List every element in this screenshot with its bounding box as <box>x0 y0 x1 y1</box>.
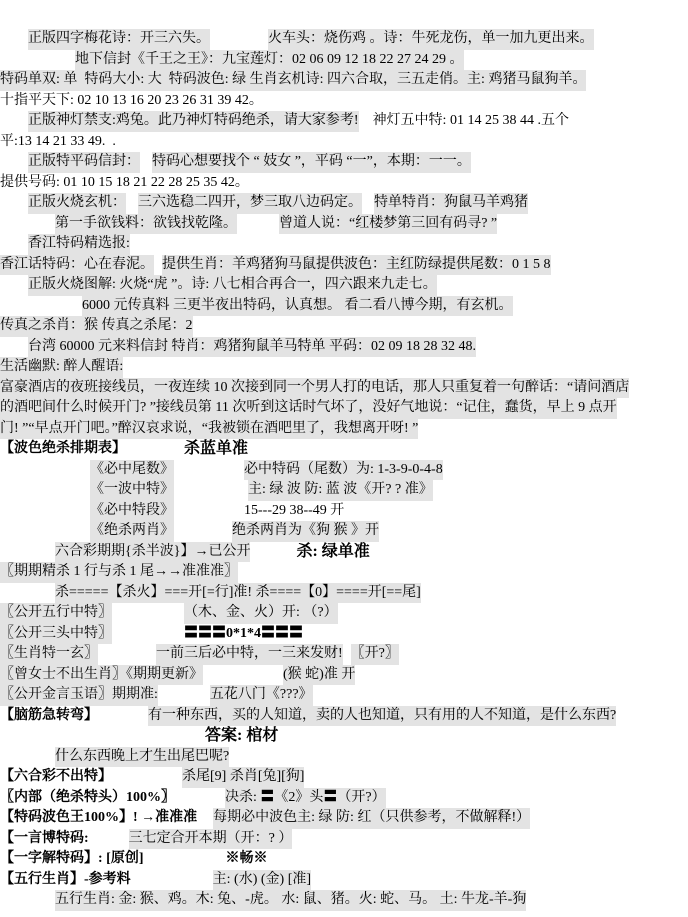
text-segment: 杀尾[9] 杀肖[兔][狗] <box>182 767 304 788</box>
text-segment: 【特码波色王100%】! →准准准 <box>0 808 197 829</box>
text-segment: 台湾 60000 元来料信封 特肖：鸡猪狗鼠羊马特单 平码：02 09 18 2… <box>28 337 476 358</box>
text-line: 平:13 14 21 33 49. . <box>0 132 688 153</box>
text-segment: 《一波中特》 <box>90 480 174 501</box>
text-line: 什么东西晚上才生出尾巴呢? <box>0 747 688 768</box>
text-segment: 提供生肖：羊鸡猪狗马鼠提供波色：主红防绿提供尾数：0 1 5 8 <box>162 255 551 276</box>
text-segment: 〖公开三头中特〗 <box>0 624 112 645</box>
text-segment: 提供号码: 01 10 15 18 21 22 28 25 35 42。 <box>0 173 249 194</box>
text-line: 生活幽默: 醉人醒语: <box>0 357 688 378</box>
text-segment: 《必中特段》 <box>90 501 174 522</box>
text-segment: 十指平天下: 02 10 13 16 20 23 26 31 39 42。 <box>0 91 263 112</box>
text-segment: (猴 蛇)准 开 <box>283 665 355 686</box>
text-segment: 【一字解特码】: [原创] <box>0 849 144 870</box>
text-line: 〖公开金言玉语〗期期准:五花八门《???》 <box>0 685 688 706</box>
text-segment: 答案: 棺材 <box>205 726 278 747</box>
text-line: 〖曾女士不出生肖〗《期期更新》(猴 蛇)准 开 <box>0 665 688 686</box>
text-segment: 绝杀两肖为《狗 猴 》开 <box>232 521 379 542</box>
text-segment: 《必中尾数》 <box>90 460 174 481</box>
text-line: 正版火烧玄机：三六选稳二四开，梦三取八边码定。特单特肖：狗鼠马羊鸡猪 <box>0 193 688 214</box>
text-line: 正版神灯禁支:鸡兔。此乃神灯特码绝杀，请大家参考!神灯五中特: 01 14 25… <box>0 111 688 132</box>
text-segment: 三七定合开本期（开：? ） <box>129 829 293 850</box>
text-segment: 决杀: 〓《2》头〓（开?） <box>225 788 386 809</box>
text-segment: 的酒吧间什么时候开门? ”接线员第 11 次听到这话时气坏了，没好气地说：“记住… <box>0 398 617 419</box>
text-line: 〖内部（绝杀特头）100%〗决杀: 〓《2》头〓（开?） <box>0 788 688 809</box>
text-segment: 【一言博特码: <box>0 829 89 850</box>
text-line: 正版火烧图解: 火烧“虎 ”。诗: 八七相合再合一，四六跟来九走七。 <box>0 275 688 296</box>
text-line: 提供号码: 01 10 15 18 21 22 28 25 35 42。 <box>0 173 688 194</box>
text-segment: 三六选稳二四开，梦三取八边码定。 <box>138 193 362 214</box>
text-line: 第一手欲钱料：欲钱找乾隆。曾道人说：“红楼梦第三回有码寻? ” <box>0 214 688 235</box>
text-segment: 〖公开五行中特〗 <box>0 603 112 624</box>
text-segment: 必中特码（尾数）为: 1-3-9-0-4-8 <box>244 460 443 481</box>
text-segment: 【六合彩不出特】 <box>0 767 112 788</box>
text-segment: 特单特肖：狗鼠马羊鸡猪 <box>374 193 528 214</box>
text-segment: 富豪酒店的夜班接线员，一夜连续 10 次接到同一个男人打的电话，那人只重复着一句… <box>0 378 629 399</box>
text-segment: 6000 元传真料 三更半夜出特码，认真想。 看二看八博今期，有玄机。 <box>82 296 513 317</box>
text-segment: 平:13 14 21 33 49. . <box>0 132 116 153</box>
text-segment: 主: (水) (金) [准] <box>213 870 311 891</box>
text-line: 〖期期精杀 1 行与杀 1 尾→→准准准〗 <box>0 562 688 583</box>
document-page: 第292期 上期开奖结果：43-24-06-10-30-25+44 正版四字梅花… <box>0 0 688 917</box>
text-line: 的酒吧间什么时候开门? ”接线员第 11 次听到这话时气坏了，没好气地说：“记住… <box>0 398 688 419</box>
text-segment: 15---29 38--49 开 <box>244 501 344 522</box>
text-line: 六合彩期期{杀半波}】→已公开杀: 绿单准 <box>0 542 688 563</box>
text-segment: 有一种东西，买的人知道，卖的人也知道，只有用的人不知道，是什么东西? <box>148 706 616 727</box>
text-line: 【六合彩不出特】杀尾[9] 杀肖[兔][狗] <box>0 767 688 788</box>
document-body: 正版四字梅花诗：开三六失。火车头：烧伤鸡 。诗：牛死龙伤，单一加九更出来。地下信… <box>0 29 688 911</box>
text-line: 正版特平码信封：特码心想要找个 “ 妓女 ”，平码 “一”，本期：一一。 <box>0 152 688 173</box>
text-segment: 正版火烧图解: 火烧“虎 ”。诗: 八七相合再合一，四六跟来九走七。 <box>28 275 437 296</box>
text-segment: 【波色绝杀排期表】 <box>0 439 126 460</box>
text-line: 〖公开五行中特〗（木、金、火）开: （?） <box>0 603 688 624</box>
text-segment: 〖期期精杀 1 行与杀 1 尾→→准准准〗 <box>0 562 238 583</box>
text-line: 【五行生肖】-参考料主: (水) (金) [准] <box>0 870 688 891</box>
text-line: 《绝杀两肖》绝杀两肖为《狗 猴 》开 <box>0 521 688 542</box>
text-line: 【一字解特码】: [原创]※畅※ <box>0 849 688 870</box>
text-line: 十指平天下: 02 10 13 16 20 23 26 31 39 42。 <box>0 91 688 112</box>
text-segment: ※畅※ <box>226 849 268 870</box>
text-line: 地下信封《千王之王》：九宝莲灯：02 06 09 12 18 22 27 24 … <box>0 50 688 71</box>
text-segment: 杀蓝单准 <box>184 439 248 460</box>
text-segment: 曾道人说：“红楼梦第三回有码寻? ” <box>279 214 497 235</box>
text-segment: 杀=====【杀火】===开[=行]准! 杀====【0】====开[==尾] <box>55 583 421 604</box>
text-segment: 【脑筋急转弯】 <box>0 706 98 727</box>
text-segment: 五花八门《???》 <box>210 685 313 706</box>
text-segment: 五行生肖: 金: 猴、鸡。木: 兔、-虎。 水: 鼠、猪。火: 蛇、马。 土: … <box>55 890 526 911</box>
text-segment: （木、金、火）开: （?） <box>184 603 338 624</box>
text-line: 传真之杀肖：猴 传真之杀尾：2 <box>0 316 688 337</box>
text-line: 杀=====【杀火】===开[=行]准! 杀====【0】====开[==尾] <box>0 583 688 604</box>
text-line: 【脑筋急转弯】有一种东西，买的人知道，卖的人也知道，只有用的人不知道，是什么东西… <box>0 706 688 727</box>
text-line: 正版四字梅花诗：开三六失。火车头：烧伤鸡 。诗：牛死龙伤，单一加九更出来。 <box>0 29 688 50</box>
text-line: 香江话特码：心在春泥。提供生肖：羊鸡猪狗马鼠提供波色：主红防绿提供尾数：0 1 … <box>0 255 688 276</box>
text-line: 《必中尾数》必中特码（尾数）为: 1-3-9-0-4-8 <box>0 460 688 481</box>
text-line: 答案: 棺材 <box>0 726 688 747</box>
text-segment: 每期必中波色主: 绿 防: 红（只供参考，不做解释!） <box>213 808 530 829</box>
text-segment: 香江话特码：心在春泥。 <box>0 255 154 276</box>
text-line: 门! ”“早点开门吧。”醉汉哀求说，“我被锁在酒吧里了，我想离开呀! ” <box>0 419 688 440</box>
text-line: 【特码波色王100%】! →准准准每期必中波色主: 绿 防: 红（只供参考，不做… <box>0 808 688 829</box>
text-segment: 正版四字梅花诗：开三六失。 <box>28 29 210 50</box>
text-segment: 什么东西晚上才生出尾巴呢? <box>55 747 229 768</box>
text-line: 〖公开三头中特〗〓〓〓0*1*4〓〓〓 <box>0 624 688 645</box>
text-line: 特码单双: 单 特码大小: 大 特码波色: 绿 生肖玄机诗: 四六合取，三五走俏… <box>0 70 688 91</box>
text-line: 【波色绝杀排期表】杀蓝单准 <box>0 439 688 460</box>
text-segment: 杀: 绿单准 <box>296 542 369 563</box>
text-segment: 地下信封《千王之王》：九宝莲灯：02 06 09 12 18 22 27 24 … <box>75 50 464 71</box>
text-segment: 神灯五中特: 01 14 25 38 44 .五个 <box>373 111 569 132</box>
text-segment: 〖曾女士不出生肖〗《期期更新》 <box>0 665 203 686</box>
text-segment: 〓〓〓0*1*4〓〓〓 <box>184 624 303 645</box>
text-segment: 传真之杀肖：猴 传真之杀尾：2 <box>0 316 193 337</box>
text-segment: 《绝杀两肖》 <box>90 521 174 542</box>
text-line: 《一波中特》主: 绿 波 防: 蓝 波《开? ? 准》 <box>0 480 688 501</box>
text-segment: 特码单双: 单 特码大小: 大 特码波色: 绿 生肖玄机诗: 四六合取，三五走俏… <box>0 70 586 91</box>
text-segment: 正版火烧玄机： <box>28 193 126 214</box>
text-line: 《必中特段》15---29 38--49 开 <box>0 501 688 522</box>
text-segment: 〖生肖特一玄〗 <box>0 644 98 665</box>
text-line: 富豪酒店的夜班接线员，一夜连续 10 次接到同一个男人打的电话，那人只重复着一句… <box>0 378 688 399</box>
header-line: 第292期 上期开奖结果：43-24-06-10-30-25+44 <box>0 5 688 29</box>
text-segment: 第一手欲钱料：欲钱找乾隆。 <box>55 214 237 235</box>
text-line: 〖生肖特一玄〗一前三后必中特，一三来发财!〖开?〗 <box>0 644 688 665</box>
text-line: 五行生肖: 金: 猴、鸡。木: 兔、-虎。 水: 鼠、猪。火: 蛇、马。 土: … <box>0 890 688 911</box>
text-line: 6000 元传真料 三更半夜出特码，认真想。 看二看八博今期，有玄机。 <box>0 296 688 317</box>
text-segment: 特码心想要找个 “ 妓女 ”，平码 “一”，本期：一一。 <box>152 152 471 173</box>
text-segment: 〖内部（绝杀特头）100%〗 <box>0 788 175 809</box>
text-segment: 生活幽默: 醉人醒语: <box>0 357 123 378</box>
text-segment: 正版特平码信封： <box>28 152 140 173</box>
text-segment: 门! ”“早点开门吧。”醉汉哀求说，“我被锁在酒吧里了，我想离开呀! ” <box>0 419 418 440</box>
text-line: 【一言博特码:三七定合开本期（开：? ） <box>0 829 688 850</box>
text-line: 香江特码精选报: <box>0 234 688 255</box>
text-segment: 正版神灯禁支:鸡兔。此乃神灯特码绝杀，请大家参考! <box>28 111 359 132</box>
text-segment: 六合彩期期{杀半波}】→已公开 <box>55 542 250 563</box>
text-segment: 〖公开金言玉语〗期期准: <box>0 685 158 706</box>
text-segment: 香江特码精选报: <box>28 234 130 255</box>
text-segment: 〖开?〗 <box>351 644 399 665</box>
text-segment: 一前三后必中特，一三来发财! <box>156 644 343 665</box>
text-line: 台湾 60000 元来料信封 特肖：鸡猪狗鼠羊马特单 平码：02 09 18 2… <box>0 337 688 358</box>
text-segment: 主: 绿 波 防: 蓝 波《开? ? 准》 <box>248 480 433 501</box>
text-segment: 火车头：烧伤鸡 。诗：牛死龙伤，单一加九更出来。 <box>268 29 594 50</box>
text-segment: 【五行生肖】-参考料 <box>0 870 131 891</box>
